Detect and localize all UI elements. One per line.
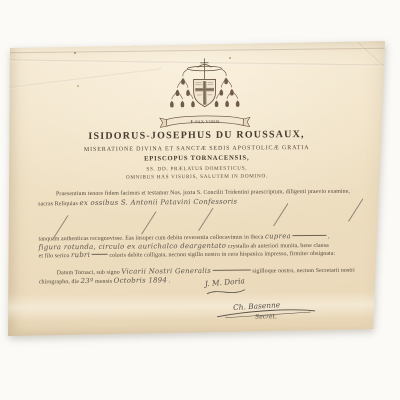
cancellation-stroke [273,203,288,226]
coat-of-arms: ✝ PAX VOBIS [137,55,273,134]
handwritten-relic-source: ex ossibus S. Antonii Patavini Confessor… [79,198,237,207]
body-line-silk-thread: et filo serico rubri coloris debite coll… [39,249,379,260]
printed-text: mensis [95,279,112,285]
motto-text: ✝ PAX VOBIS [190,119,220,124]
bishop-title: EPISCOPUS TORNACENSIS, [8,153,386,163]
body-line-relics: sacras Reliquias ex ossibus S. Antonii P… [38,197,378,208]
printed-text: , [328,234,330,240]
secretary-title: Secret. [255,313,277,320]
handwritten-thread-color: rubri [71,251,90,259]
handwritten-month-year: Octobris 1894 [114,276,168,284]
printed-text: sacras Reliquias [38,201,78,207]
handwritten-vicar-designation: Vicarii Nostri Generalis [121,267,211,276]
printed-text: tanquam authenticas recognovisse. Eas in… [38,234,263,242]
blank-fill-line [293,234,327,236]
printed-text: et filo serico [39,253,70,259]
processional-cross-icon [200,58,208,80]
blank-fill-line [213,269,251,271]
cancellation-stroke [141,211,156,234]
tassels-right-icon [215,78,240,107]
document-content: ✝ PAX VOBIS ISIDORUS-JOSEPHUS DU ROUSSAU… [7,38,388,337]
cancellation-stroke [198,208,213,231]
printed-text: Datum Tornaci, sub signo [57,270,120,277]
signature-paraph [205,287,249,297]
shield-icon [194,79,216,106]
handwritten-day: 23ª [81,277,94,285]
printed-text: crystallo ab anteriori munita, bene clau… [228,243,329,250]
handwritten-theca-description: figura rotunda, circulo ex aurichalco de… [38,242,226,252]
photo-background: ✝ PAX VOBIS ISIDORUS-JOSEPHUS DU ROUSSAU… [0,0,400,400]
tassels-left-icon [170,78,195,107]
motto-banner: ✝ PAX VOBIS [160,116,250,128]
printed-text: chirographo, die [39,279,79,285]
mandate-line: De Mandato Illustrissimi et Reverendissi… [7,40,153,47]
handwritten-theca-material: cuprea [265,232,291,240]
blank-fill-line [92,253,108,255]
printed-text: coloris debite colligata, necnon sigillo… [109,251,335,259]
bishop-name: ISIDORUS-JOSEPHUS DU ROUSSAUX, [8,130,386,140]
paper-wrapper: ✝ PAX VOBIS ISIDORUS-JOSEPHUS DU ROUSSAU… [0,0,400,400]
document-paper: ✝ PAX VOBIS ISIDORUS-JOSEPHUS DU ROUSSAU… [8,40,386,336]
printed-text: . [169,278,171,284]
